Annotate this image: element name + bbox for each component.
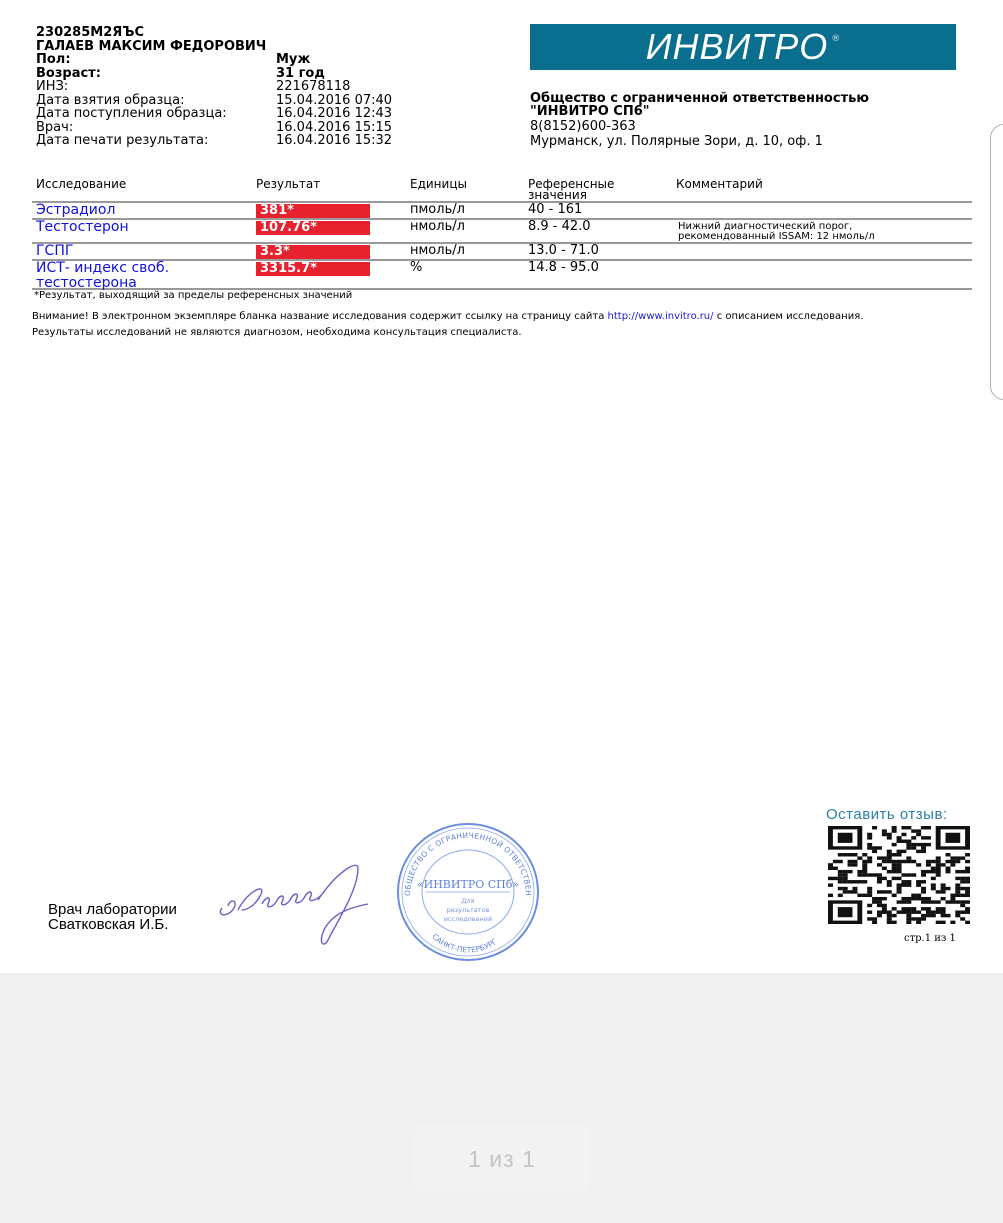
registered-mark-icon: ® [831, 34, 840, 44]
lab-doctor: Врач лаборатории Сватковская И.Б. [48, 902, 177, 932]
disclaimer: Результаты исследований не являются диаг… [32, 328, 952, 338]
field-age: Возраст:31 год [36, 67, 456, 81]
org-name-2: "ИНВИТРО СП6" [530, 105, 960, 118]
svg-text:«ИНВИТРО СПб»: «ИНВИТРО СПб» [417, 878, 519, 891]
patient-code: 230285М2ЯЪС [36, 26, 456, 40]
result-flag: 3.3* [256, 245, 370, 259]
svg-text:исследований: исследований [444, 915, 493, 923]
header-result: Результат [256, 179, 400, 201]
field-sex: Пол:Муж [36, 53, 456, 67]
reference: 14.8 - 95.0 [518, 261, 676, 288]
header-units: Единицы [400, 179, 518, 201]
comment [676, 203, 972, 218]
table-row: ИСТ- индекс своб.тестостерона 3315.7* % … [32, 261, 972, 290]
invitro-link[interactable]: http://www.invitro.ru/ [608, 311, 714, 322]
units: % [400, 261, 518, 288]
signature-icon [208, 860, 378, 950]
result-flag: 381* [256, 204, 370, 218]
field-doctor: Врач:16.04.2016 15:15 [36, 121, 456, 135]
doctor-title: Врач лаборатории [48, 902, 177, 917]
table-row: Тестостерон 107.76* нмоль/л 8.9 - 42.0 Н… [32, 220, 972, 244]
units: нмоль/л [400, 244, 518, 259]
page-indicator: 1 из 1 [414, 1124, 590, 1194]
comment: Нижний диагностический порог,рекомендова… [676, 220, 972, 242]
header-reference: Референсныезначения [518, 179, 676, 201]
comment [676, 244, 972, 259]
header-test: Исследование [32, 179, 256, 201]
company-stamp-icon: ОБЩЕСТВО С ОГРАНИЧЕННОЙ ОТВЕТСТВЕННОСТЬЮ… [392, 818, 544, 964]
units: нмоль/л [400, 220, 518, 242]
svg-text:Для: Для [461, 897, 474, 905]
organization-info: Общество с ограниченной ответственностью… [530, 92, 960, 148]
test-link[interactable]: ГСПГ [36, 243, 73, 259]
svg-text:САНКТ-ПЕТЕРБУРГ: САНКТ-ПЕТЕРБУРГ [430, 932, 499, 955]
table-row: Эстрадиол 381* пмоль/л 40 - 161 [32, 203, 972, 220]
field-print-date: Дата печати результата:16.04.2016 15:32 [36, 134, 456, 148]
test-link[interactable]: Эстрадиол [36, 202, 115, 218]
test-link[interactable]: ИСТ- индекс своб.тестостерона [36, 260, 169, 291]
result-flag: 107.76* [256, 221, 370, 235]
result-flag: 3315.7* [256, 262, 370, 276]
comment [676, 261, 972, 288]
table-row: ГСПГ 3.3* нмоль/л 13.0 - 71.0 [32, 244, 972, 261]
table-header: Исследование Результат Единицы Референсн… [32, 178, 972, 203]
header-comment: Комментарий [676, 179, 972, 201]
notes: Внимание! В электронном экземпляре бланк… [32, 312, 952, 338]
svg-text:результатов: результатов [447, 906, 490, 914]
test-link[interactable]: Тестостерон [36, 219, 129, 235]
invitro-logo: ИНВИТРО® [530, 24, 956, 70]
qr-code-icon[interactable] [828, 826, 970, 924]
field-received-date: Дата поступления образца:16.04.2016 12:4… [36, 107, 456, 121]
reference: 8.9 - 42.0 [518, 220, 676, 242]
patient-info: 230285М2ЯЪС ГАЛАЕВ МАКСИМ ФЕДОРОВИЧ Пол:… [36, 26, 456, 148]
patient-name: ГАЛАЕВ МАКСИМ ФЕДОРОВИЧ [36, 40, 456, 54]
field-sample-date: Дата взятия образца:15.04.2016 07:40 [36, 94, 456, 108]
units: пмоль/л [400, 203, 518, 218]
side-panel-handle[interactable] [990, 124, 1003, 400]
reference: 13.0 - 71.0 [518, 244, 676, 259]
org-address: Мурманск, ул. Полярные Зори, д. 10, оф. … [530, 135, 960, 148]
doctor-name: Сватковская И.Б. [48, 917, 177, 932]
results-table: Исследование Результат Единицы Референсн… [32, 178, 972, 302]
footnote: *Результат, выходящий за пределы референ… [32, 290, 972, 302]
attention-note: Внимание! В электронном экземпляре бланк… [32, 312, 952, 322]
feedback-label: Оставить отзыв: [826, 806, 948, 823]
org-phone: 8(8152)600-363 [530, 120, 960, 133]
reference: 40 - 161 [518, 203, 676, 218]
field-inz: ИНЗ:221678118 [36, 80, 456, 94]
page-number: стр.1 из 1 [904, 933, 956, 944]
document-page: 230285М2ЯЪС ГАЛАЕВ МАКСИМ ФЕДОРОВИЧ Пол:… [0, 0, 1003, 973]
